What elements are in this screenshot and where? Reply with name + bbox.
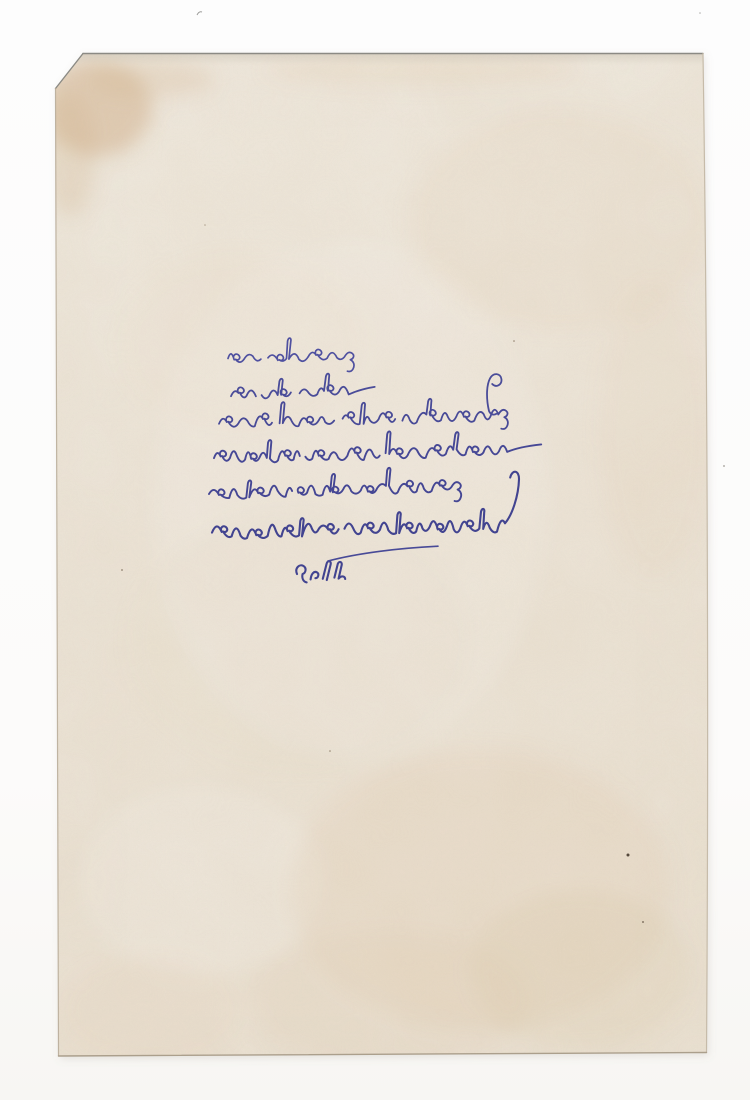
dust-dot (699, 12, 701, 14)
dust-dot (723, 465, 725, 467)
dust-curl (197, 12, 202, 15)
scan-background (0, 0, 750, 1100)
paper-photo (0, 0, 750, 1100)
paper-texture (42, 53, 711, 1070)
paper-grain (55, 53, 711, 1057)
